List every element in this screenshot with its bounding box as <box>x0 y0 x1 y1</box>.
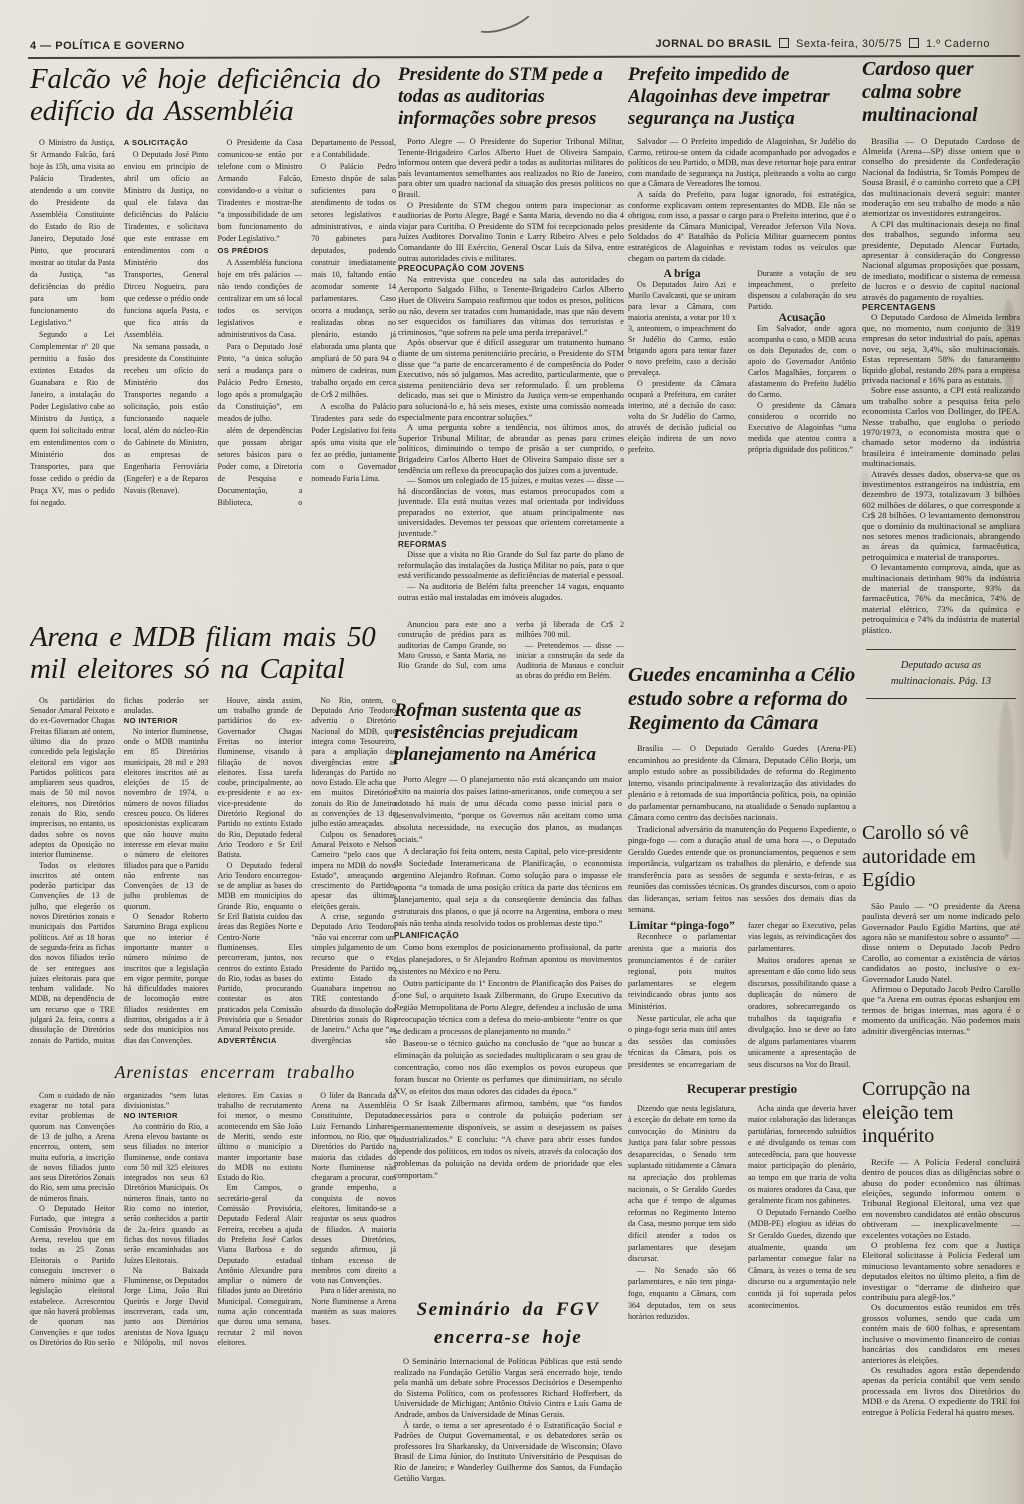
paragraph: A escolha do Palácio Tiradentes para sed… <box>311 401 396 485</box>
paragraph: Disse que a visita no Rio Grande do Sul … <box>398 550 624 582</box>
paragraph: Na entrevista que concedeu na sala das a… <box>398 275 624 339</box>
paper-date: Sexta-feira, 30/5/75 <box>796 38 902 50</box>
article-corrupcao: Corrupção na eleição tem inquérito Recif… <box>862 1078 1020 1478</box>
paragraph: Recife — A Polícia Federal concluirá den… <box>862 1157 1020 1240</box>
paragraph: O Palácio Pedro Ernesto dispõe de salas … <box>311 161 396 401</box>
paragraph: O Seminário Internacional de Políticas P… <box>394 1357 622 1421</box>
paragraph: Os Deputados Jairo Azi e Murilo Cavalcan… <box>628 279 736 378</box>
paragraph: Afirmou o Deputado Jacob Pedro Carollo q… <box>862 984 1020 1036</box>
paragraph: Através desses dados, observa-se que os … <box>862 469 1020 563</box>
paragraph: — Na auditoria de Belém falta preencher … <box>398 582 624 603</box>
paragraph: O Ministro da Justiça, Sr Armando Falcão… <box>30 137 115 329</box>
paragraph: Porto Alegre — O Presidente do Superior … <box>398 137 624 201</box>
article-body: Recife — A Polícia Federal concluirá den… <box>862 1157 1020 1417</box>
paragraph: Brasília — O Deputado Cardoso de Almeida… <box>862 136 1020 219</box>
paragraph: A Assembléia funciona hoje em três palác… <box>218 257 303 341</box>
paragraph: — Pretendemos — disse — iniciar a constr… <box>516 641 624 682</box>
paragraph: Os resultados agora estão dependendo ape… <box>862 1365 1020 1417</box>
paragraph: Ao contrário do Rio, a Arena elevou bast… <box>124 1122 209 1266</box>
paragraph: O líder da Bancada da Arena na Assembléi… <box>311 1091 396 1287</box>
paragraph: O Presidente do STM chegou ontem para in… <box>398 201 624 265</box>
paragraph: Baseou-se o técnico gaúcho na conclusão … <box>394 1038 622 1098</box>
checkbox-icon <box>779 38 789 48</box>
subhead: PERCENTAGENS <box>862 302 1020 312</box>
article-body-bottom: Com o cuidado de não exagerar no total p… <box>30 1091 396 1463</box>
paragraph: Muitos oradores apenas se apresentam e d… <box>748 955 856 1071</box>
headline-falcao: Falcão vê hoje deficiência do edifício d… <box>30 64 396 128</box>
paragraph: A uma pergunta sobre a tendência, nos úl… <box>398 423 624 476</box>
headline-corrupcao: Corrupção na eleição tem inquérito <box>862 1078 1020 1149</box>
paragraph: À tarde, o tema a ser apresentado é o Es… <box>394 1421 622 1485</box>
paragraph: A declaração foi feita ontem, nesta Capi… <box>394 846 622 930</box>
article-prefeito: Prefeito impedido de Alagoinhas deve imp… <box>628 64 856 656</box>
edition-label: 1.º Caderno <box>926 38 990 50</box>
article-stm-continuation: Anunciou para este ano a construção de p… <box>398 620 624 696</box>
article-body: São Paulo — “O presidente da Arena pauli… <box>862 901 1020 1036</box>
paragraph: Em Salvador, onde agora acompanha o caso… <box>748 323 856 400</box>
subhead: PREOCUPAÇÃO COM JOVENS <box>398 264 624 275</box>
paragraph: São Paulo — “O presidente da Arena pauli… <box>862 901 1020 984</box>
paragraph: O levantamento comprova, ainda, que as m… <box>862 562 1020 635</box>
paragraph: O Sr Isaak Zilbermann afirmou, também, q… <box>394 1098 622 1182</box>
article-stm: Presidente do STM pede a todas as audito… <box>398 64 624 616</box>
paragraph: A CPI das multinacionais deseja no final… <box>862 219 1020 302</box>
headline-seminario: Seminário da FGV encerra-se hoje <box>394 1296 622 1351</box>
paragraph: Os partidários do Senador Amaral Peixoto… <box>30 696 115 861</box>
paragraph: Reconhece o parlamentar arenista que a m… <box>628 931 736 1012</box>
article-seminario: Seminário da FGV encerra-se hoje O Semin… <box>394 1296 622 1496</box>
ink-squiggle-mark <box>470 0 536 39</box>
article-cardoso: Cardoso quer calma sobre multinacional B… <box>862 58 1020 814</box>
paragraph: O Senador Roberto Saturnino Braga explic… <box>124 912 209 1046</box>
article-lead: Salvador — O Prefeito impedido de Alagoi… <box>628 137 856 264</box>
article-columns-b: Dizendo que nesta legislatura, à exceção… <box>628 1103 856 1323</box>
subhead: ADVERTÊNCIA <box>218 1036 303 1046</box>
article-arena-mdb: Arena e MDB filiam mais 50 mil eleitores… <box>30 622 396 1488</box>
paragraph: O Deputado Cardoso de Almeida lembra que… <box>862 312 1020 385</box>
paragraph: Acha ainda que deveria haver maior colab… <box>748 1103 856 1207</box>
paragraph: Porto Alegre — O planejamento não está a… <box>394 774 622 846</box>
paragraph: No interior fluminense, onde o MDB manti… <box>124 727 209 912</box>
paragraph: Sobre esse assunto, a CPI está realizand… <box>862 385 1020 468</box>
paragraph: Brasília — O Deputado Geraldo Guedes (Ar… <box>628 743 856 824</box>
subhead: REFORMAS <box>398 540 624 551</box>
article-body: O Ministro da Justiça, Sr Armando Falcão… <box>30 137 396 607</box>
paragraph: O Deputado José Pinto enviou em princípi… <box>124 149 209 341</box>
checkbox-icon <box>909 38 919 48</box>
paragraph: O problema fez com que a Justiça Eleitor… <box>862 1240 1020 1302</box>
headline-prefeito: Prefeito impedido de Alagoinhas deve imp… <box>628 64 856 130</box>
article-columns-a: Limitar “pinga-fogo”Reconhece o parlamen… <box>628 920 856 1071</box>
article-body: O Seminário Internacional de Políticas P… <box>394 1357 622 1484</box>
paragraph: Em Campos, o secretário-geral da Comissã… <box>218 1183 303 1348</box>
paragraph: O Deputado federal Ario Teodoro encarreg… <box>218 861 303 1036</box>
article-body: Brasília — O Deputado Cardoso de Almeida… <box>862 136 1020 636</box>
masthead-title: JORNAL DO BRASIL <box>655 38 772 50</box>
paragraph: O Presidente da Casa comunicou-se então … <box>218 137 303 245</box>
paragraph: Durante a votação de seu impeachment, o … <box>748 268 856 312</box>
article-body-top: Os partidários do Senador Amaral Peixoto… <box>30 696 396 1052</box>
headline-rofman: Rofman sustenta que as resistências prej… <box>394 700 622 766</box>
paragraph: Para o líder arenista, no Norte fluminen… <box>311 1286 396 1327</box>
article-carollo: Carollo só vê autoridade em Egídio São P… <box>862 822 1020 1074</box>
paragraph: Tradicional adversário da manutenção do … <box>628 824 856 916</box>
paragraph: Outro participante do 1º Encontro de Pla… <box>394 978 622 1038</box>
article-falcao: Falcão vê hoje deficiência do edifício d… <box>30 64 396 616</box>
paragraph: Houve, ainda assim, um trabalho grande d… <box>218 696 303 861</box>
subhead: NO INTERIOR <box>124 716 209 726</box>
paragraph: Na semana passada, o presidente da Const… <box>124 341 209 497</box>
article-lead: Brasília — O Deputado Geraldo Guedes (Ar… <box>628 743 856 916</box>
cross-reference-note: Deputado acusa as multinacionais. Pág. 1… <box>866 649 1016 699</box>
subhead-recuperar: Recuperar prestígio <box>628 1081 856 1097</box>
article-body: Porto Alegre — O planejamento não está a… <box>394 774 622 1182</box>
article-guedes: Guedes encaminha a Célio estudo sobre a … <box>628 664 856 1488</box>
headline-arena-mdb: Arena e MDB filiam mais 50 mil eleitores… <box>30 622 396 686</box>
headline-guedes: Guedes encaminha a Célio estudo sobre a … <box>628 664 856 735</box>
paragraph: O Deputado Fernando Coelho (MDB-PE) elog… <box>748 1207 856 1311</box>
paragraph: Após observar que é difícil assegurar um… <box>398 338 624 423</box>
paragraph: O presidente da Câmara ocupará a Prefeit… <box>628 378 736 455</box>
page-header-right: JORNAL DO BRASILSexta-feira, 30/5/751.º … <box>655 38 990 50</box>
headline-stm: Presidente do STM pede a todas as audito… <box>398 64 624 130</box>
paragraph: Para o Deputado José Pinto, “a única sol… <box>218 341 303 425</box>
paragraph: Salvador — O Prefeito impedido de Alagoi… <box>628 137 856 190</box>
subhead: NO INTERIOR <box>124 1111 209 1121</box>
newspaper-page: 4 — POLÍTICA E GOVERNO JORNAL DO BRASILS… <box>0 0 1024 1504</box>
headline-carollo: Carollo só vê autoridade em Egídio <box>862 822 1020 893</box>
paragraph: Segundo a Lei Complementar nº 20 que per… <box>30 329 115 509</box>
subhead: Acusação <box>748 312 856 323</box>
paragraph: — No Senado são 66 parlamentares, e não … <box>628 1265 736 1323</box>
article-rofman: Rofman sustenta que as resistências prej… <box>394 700 622 1292</box>
subhead: PLANIFICAÇÃO <box>394 930 622 942</box>
subhead: A SOLICITAÇÃO <box>124 137 209 149</box>
paragraph: O presidente da Câmara considerou o ocor… <box>748 400 856 455</box>
paragraph: No Rio, ontem, o Deputado Ario Teodoro a… <box>311 696 396 830</box>
headline-cardoso: Cardoso quer calma sobre multinacional <box>862 58 1020 128</box>
article-columns: A brigaOs Deputados Jairo Azi e Murilo C… <box>628 268 856 455</box>
article-body: Porto Alegre — O Presidente do Superior … <box>398 137 624 603</box>
paragraph: Dizendo que nesta legislatura, à exceção… <box>628 1103 736 1265</box>
paragraph: Culpou os Senadores Amaral Peixoto e Nel… <box>311 830 396 912</box>
page-header-left: 4 — POLÍTICA E GOVERNO <box>30 40 185 52</box>
paragraph: Como bons exemplos de posicionamento pro… <box>394 942 622 978</box>
headline-arenistas: Arenistas encerram trabalho <box>90 1062 380 1083</box>
section-label: 4 — POLÍTICA E GOVERNO <box>30 40 185 52</box>
subhead: OS PRÉDIOS <box>218 245 303 257</box>
subhead: A briga <box>628 268 736 279</box>
subhead: Limitar “pinga-fogo” <box>628 920 736 932</box>
paragraph: A saída do Prefeito, para lugar ignorado… <box>628 190 856 264</box>
paragraph: Com o cuidado de não exagerar no total p… <box>30 1091 115 1204</box>
paragraph: — Somos um colegiado de 15 juízes, e mui… <box>398 476 624 540</box>
paragraph: Os documentos estão reunidos em três gro… <box>862 1302 1020 1364</box>
